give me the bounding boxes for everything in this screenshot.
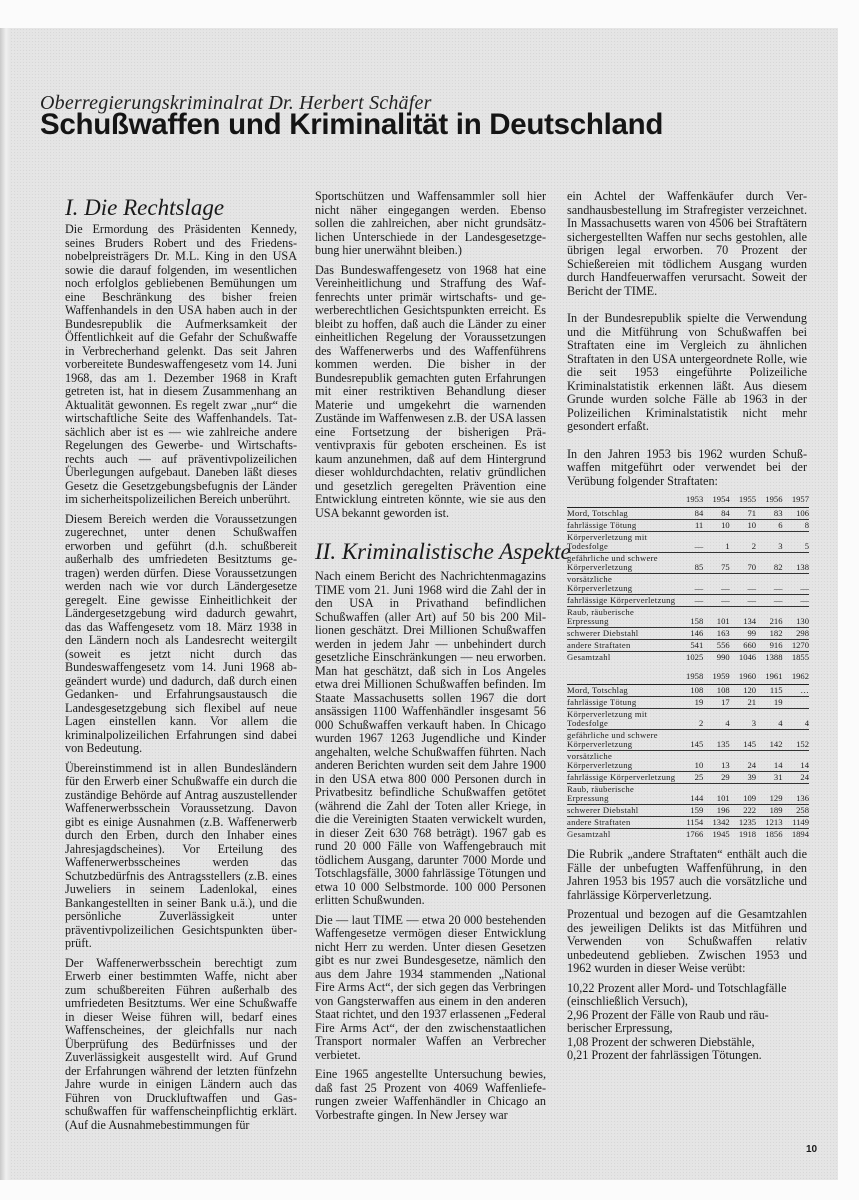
cell-value: 24 <box>783 772 810 784</box>
cell-value: 75 <box>703 553 729 574</box>
row-label: fahrlässige Tötung <box>567 520 677 532</box>
paragraph: Die Ermordung des Präsidenten Kennedy, s… <box>65 223 297 507</box>
cell-value: 17 <box>703 697 729 709</box>
table-row: fahrlässige Tötung11101068 <box>567 520 809 532</box>
cell-value: 3 <box>756 532 782 553</box>
cell-value: 142 <box>756 730 782 751</box>
year-header: 1958 <box>677 671 703 685</box>
cell-value: — <box>783 595 810 607</box>
cell-value: 258 <box>783 805 810 817</box>
cell-value: 1149 <box>783 817 810 829</box>
cell-value: 1235 <box>730 817 756 829</box>
column-3: ein Achtel der Waffenkäufer durch Ver­sa… <box>567 190 807 1063</box>
cell-value: 14 <box>783 751 810 772</box>
table-row: vorsätzliche Körperverletzung————— <box>567 574 809 595</box>
cell-value: 1154 <box>677 817 703 829</box>
cell-value: 85 <box>677 553 703 574</box>
row-label: Gesamtzahl <box>567 652 677 664</box>
cell-value: 14 <box>756 751 782 772</box>
cell-value: 990 <box>703 652 729 664</box>
cell-value: 99 <box>730 628 756 640</box>
table-row: andere Straftaten11541342123512131149 <box>567 817 809 829</box>
table-row: Mord, Totschlag84847183106 <box>567 508 809 520</box>
cell-value: 24 <box>730 751 756 772</box>
paragraph: Diesem Bereich werden die Voraussetzun­g… <box>65 513 297 756</box>
row-label: Körperverletzung mit Todesfolge <box>567 532 677 553</box>
cell-value: 8 <box>783 520 810 532</box>
cell-value: 146 <box>677 628 703 640</box>
cell-value: 4 <box>703 709 729 730</box>
cell-value: 158 <box>677 607 703 628</box>
cell-value: 10 <box>677 751 703 772</box>
year-header: 1961 <box>756 671 782 685</box>
cell-value: 19 <box>677 697 703 709</box>
cell-value: 6 <box>756 520 782 532</box>
cell-value: 145 <box>677 730 703 751</box>
year-header: 1956 <box>756 494 782 508</box>
cell-value: 1342 <box>703 817 729 829</box>
section-heading-kriminalistische-aspekte: II. Kriminalistische Aspekte <box>315 540 546 564</box>
cell-value <box>783 697 810 709</box>
cell-value: 159 <box>677 805 703 817</box>
cell-value: 130 <box>783 607 810 628</box>
table-header-row: 1953 1954 1955 1956 1957 <box>567 494 809 508</box>
cell-value: — <box>677 574 703 595</box>
crime-statistics-table-1958-1962: 1958 1959 1960 1961 1962 Mord, Totschlag… <box>567 671 809 840</box>
table-row: Raub, räuberische Erpressung144101109129… <box>567 784 809 805</box>
row-label: fahrlässige Tötung <box>567 697 677 709</box>
cell-value: 135 <box>703 730 729 751</box>
cell-value: 29 <box>703 772 729 784</box>
cell-value: 1046 <box>730 652 756 664</box>
table-row: Körperverletzung mit Todesfolge24344 <box>567 709 809 730</box>
cell-value: 4 <box>756 709 782 730</box>
row-label: Gesamtzahl <box>567 829 677 841</box>
cell-value: 13 <box>703 751 729 772</box>
year-header: 1962 <box>783 671 810 685</box>
cell-value: 1766 <box>677 829 703 841</box>
cell-value: 144 <box>677 784 703 805</box>
cell-value: 152 <box>783 730 810 751</box>
cell-value: 10 <box>730 520 756 532</box>
year-header: 1953 <box>677 494 703 508</box>
cell-value: 136 <box>783 784 810 805</box>
table-row: andere Straftaten5415566609161270 <box>567 640 809 652</box>
cell-value: 222 <box>730 805 756 817</box>
year-header: 1957 <box>783 494 810 508</box>
cell-value: 134 <box>730 607 756 628</box>
cell-value: 120 <box>730 685 756 697</box>
cell-value: 4 <box>783 709 810 730</box>
cell-value: — <box>783 574 810 595</box>
row-label: Mord, Totschlag <box>567 685 677 697</box>
cell-value: — <box>677 595 703 607</box>
paragraph: ein Achtel der Waffenkäufer durch Ver­sa… <box>567 190 807 298</box>
cell-value: 19 <box>756 697 782 709</box>
cell-value: 25 <box>677 772 703 784</box>
percentage-item: 10,22 Prozent aller Mord- und Totschlag­… <box>567 982 807 1009</box>
cell-value: 2 <box>730 532 756 553</box>
cell-value: 21 <box>730 697 756 709</box>
cell-value: 1856 <box>756 829 782 841</box>
cell-value: 196 <box>703 805 729 817</box>
table-header-row: 1958 1959 1960 1961 1962 <box>567 671 809 685</box>
table-row: schwerer Diebstahl14616399182298 <box>567 628 809 640</box>
cell-value: 1918 <box>730 829 756 841</box>
percentage-item: 0,21 Prozent der fahrlässigen Tötungen. <box>567 1049 807 1063</box>
page-number: 10 <box>806 1144 817 1155</box>
cell-value: 916 <box>756 640 782 652</box>
table-row: fahrlässige Körperverletzung2529393124 <box>567 772 809 784</box>
row-label: schwerer Diebstahl <box>567 628 677 640</box>
cell-value: 1270 <box>783 640 810 652</box>
cell-value: 298 <box>783 628 810 640</box>
section-heading-rechtslage: I. Die Rechtslage <box>65 196 297 220</box>
cell-value: 108 <box>703 685 729 697</box>
table-row: Mord, Totschlag108108120115… <box>567 685 809 697</box>
cell-value: 1945 <box>703 829 729 841</box>
year-header: 1954 <box>703 494 729 508</box>
cell-value: 109 <box>730 784 756 805</box>
table-row: Gesamtzahl1025990104613881855 <box>567 652 809 664</box>
cell-value: 83 <box>756 508 782 520</box>
cell-value: 5 <box>783 532 810 553</box>
cell-value: 556 <box>703 640 729 652</box>
paragraph: Übereinstimmend ist in allen Bundeslände… <box>65 762 297 951</box>
paragraph: Eine 1965 angestellte Untersuchung bewie… <box>315 1068 546 1122</box>
cell-value: 660 <box>730 640 756 652</box>
paragraph: Die Rubrik „andere Straftaten“ enthält a… <box>567 848 807 902</box>
table-row: schwerer Diebstahl159196222189258 <box>567 805 809 817</box>
cell-value: 101 <box>703 607 729 628</box>
percentage-item: 2,96 Prozent der Fälle von Raub und räu­… <box>567 1009 807 1036</box>
cell-value: — <box>756 574 782 595</box>
cell-value: 1213 <box>756 817 782 829</box>
cell-value: — <box>730 595 756 607</box>
cell-value: 1025 <box>677 652 703 664</box>
table-row: fahrlässige Tötung19172119 <box>567 697 809 709</box>
row-label: Raub, räuberische Erpressung <box>567 607 677 628</box>
cell-value: 31 <box>756 772 782 784</box>
cell-value: — <box>756 595 782 607</box>
row-label: gefährliche und schwere Körperverletzung <box>567 730 677 751</box>
cell-value: 129 <box>756 784 782 805</box>
row-label: vorsätzliche Körperverletzung <box>567 574 677 595</box>
percentage-item: 1,08 Prozent der schweren Diebstähle, <box>567 1036 807 1050</box>
crime-statistics-table-1953-1957: 1953 1954 1955 1956 1957 Mord, Totschlag… <box>567 494 809 663</box>
cell-value: 11 <box>677 520 703 532</box>
paragraph: Die — laut TIME — etwa 20 000 bestehen­d… <box>315 914 546 1063</box>
cell-value: 541 <box>677 640 703 652</box>
paragraph: Der Waffenerwerbsschein berechtigt zum E… <box>65 957 297 1133</box>
table-row: Körperverletzung mit Todesfolge—1235 <box>567 532 809 553</box>
table-row: fahrlässige Körperverletzung————— <box>567 595 809 607</box>
cell-value: 106 <box>783 508 810 520</box>
cell-value: 3 <box>730 709 756 730</box>
cell-value: — <box>703 595 729 607</box>
paragraph: Das Bundeswaffengesetz von 1968 hat eine… <box>315 264 546 521</box>
cell-value: 115 <box>756 685 782 697</box>
cell-value: 145 <box>730 730 756 751</box>
table-row: Raub, räuberische Erpressung158101134216… <box>567 607 809 628</box>
paragraph: Nach einem Bericht des Nachrichtenmaga­z… <box>315 570 546 908</box>
table-row: Gesamtzahl17661945191818561894 <box>567 829 809 841</box>
cell-value: 70 <box>730 553 756 574</box>
cell-value: 182 <box>756 628 782 640</box>
row-label: Mord, Totschlag <box>567 508 677 520</box>
cell-value: 71 <box>730 508 756 520</box>
cell-value: 1894 <box>783 829 810 841</box>
column-2: Sportschützen und Waffensammler soll hie… <box>315 190 546 1128</box>
row-label: andere Straftaten <box>567 640 677 652</box>
row-label: Körperverletzung mit Todesfolge <box>567 709 677 730</box>
table-row: gefährliche und schwere Körperverletzung… <box>567 730 809 751</box>
cell-value: 82 <box>756 553 782 574</box>
cell-value: 216 <box>756 607 782 628</box>
cell-value: — <box>677 532 703 553</box>
year-header: 1959 <box>703 671 729 685</box>
cell-value: 84 <box>703 508 729 520</box>
cell-value: 189 <box>756 805 782 817</box>
row-label: fahrlässige Körperverletzung <box>567 595 677 607</box>
percentage-list: 10,22 Prozent aller Mord- und Totschlag­… <box>567 982 807 1063</box>
year-header: 1960 <box>730 671 756 685</box>
row-label: fahrlässige Körperverletzung <box>567 772 677 784</box>
cell-value: 84 <box>677 508 703 520</box>
cell-value: — <box>730 574 756 595</box>
paragraph: In den Jahren 1953 bis 1962 wurden Schuß… <box>567 448 807 489</box>
cell-value: 39 <box>730 772 756 784</box>
row-label: gefährliche und schwere Körperverletzung <box>567 553 677 574</box>
column-1: I. Die Rechtslage Die Ermordung des Präs… <box>65 196 297 1138</box>
row-label: Raub, räuberische Erpressung <box>567 784 677 805</box>
year-header: 1955 <box>730 494 756 508</box>
article-title: Schußwaffen und Kriminalität in Deutschl… <box>40 108 663 142</box>
cell-value: 10 <box>703 520 729 532</box>
cell-value: 1 <box>703 532 729 553</box>
cell-value: 1388 <box>756 652 782 664</box>
cell-value: 138 <box>783 553 810 574</box>
cell-value: 101 <box>703 784 729 805</box>
cell-value: … <box>783 685 810 697</box>
table-row: gefährliche und schwere Körperverletzung… <box>567 553 809 574</box>
row-label: andere Straftaten <box>567 817 677 829</box>
cell-value: 108 <box>677 685 703 697</box>
row-label: schwerer Diebstahl <box>567 805 677 817</box>
paragraph: In der Bundesrepublik spielte die Verwen… <box>567 312 807 434</box>
paragraph: Prozentual und bezogen auf die Gesamt­za… <box>567 908 807 976</box>
row-label: vorsätzliche Körperverletzung <box>567 751 677 772</box>
table-row: vorsätzliche Körperverletzung1013241414 <box>567 751 809 772</box>
cell-value: 2 <box>677 709 703 730</box>
cell-value: — <box>703 574 729 595</box>
cell-value: 163 <box>703 628 729 640</box>
cell-value: 1855 <box>783 652 810 664</box>
paragraph: Sportschützen und Waffensammler soll hie… <box>315 190 546 258</box>
